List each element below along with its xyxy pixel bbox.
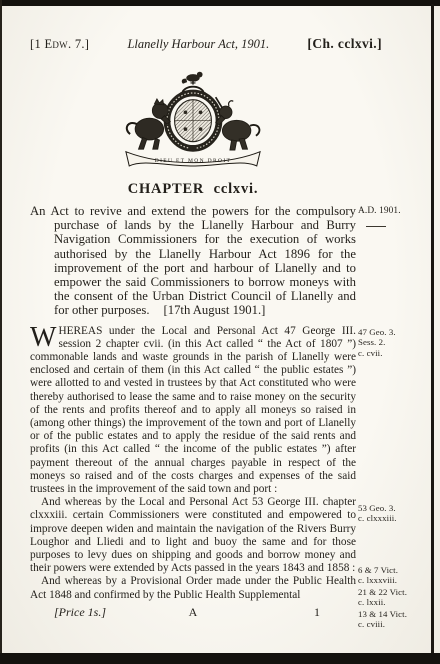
motto-ribbon: DIEU ET MON DROIT: [126, 152, 260, 166]
scan-edge-top: [0, 0, 440, 6]
scanned-act-page: [1 Edw. 7.] Llanelly Harbour Act, 1901. …: [0, 0, 440, 664]
margin-note-21-22-vict: 21 & 22 Vict. c. lxxii.: [358, 587, 432, 608]
enactment-date: [17th August 1901.]: [164, 303, 266, 317]
page-number: 1: [314, 605, 320, 620]
motto-text: DIEU ET MON DROIT: [155, 158, 231, 164]
recital-paragraph-1-text: HEREAS under the Local and Personal Act …: [30, 325, 356, 495]
royal-coat-of-arms-icon: DIEU ET MON DROIT: [107, 67, 279, 171]
crest-lion-icon: [182, 72, 203, 84]
chapter-ref: [Ch. cclxvi.]: [307, 36, 382, 52]
regnal-year: [1 Edw. 7.]: [30, 37, 89, 52]
margin-note-6-7-vict: 6 & 7 Vict. c. lxxxviii.: [358, 565, 432, 586]
drop-cap-initial: W: [30, 325, 58, 349]
recital-paragraph-3: And whereas by a Provisional Order made …: [30, 575, 356, 601]
margin-note-rule: [366, 226, 386, 227]
scan-edge-bottom: [0, 653, 440, 664]
margin-note-53-geo-3: 53 Geo. 3. c. clxxxiii.: [358, 503, 432, 524]
running-title: Llanelly Harbour Act, 1901.: [127, 37, 269, 52]
margin-note-47-geo-3: 47 Geo. 3. Sess. 2. c. cvii.: [358, 327, 432, 358]
long-title: An Act to revive and extend the powers f…: [30, 204, 356, 318]
page-footer: [Price 1s.] A 1: [30, 605, 356, 620]
page-header: [1 Edw. 7.] Llanelly Harbour Act, 1901. …: [30, 36, 382, 52]
recital-paragraph-2: And whereas by the Local and Personal Ac…: [30, 496, 356, 575]
long-title-text: An Act to revive and extend the powers f…: [30, 204, 356, 317]
recital-paragraph-1: WHEREAS under the Local and Personal Act…: [30, 325, 356, 497]
scan-edge-left: [0, 0, 2, 664]
price-note: [Price 1s.]: [54, 605, 106, 620]
signature-mark: A: [189, 605, 198, 620]
page-content: [1 Edw. 7.] Llanelly Harbour Act, 1901. …: [30, 0, 356, 620]
scan-edge-right: [431, 4, 434, 664]
chapter-heading: CHAPTER cclxvi.: [30, 181, 356, 198]
margin-note-13-14-vict: 13 & 14 Vict. c. cviii.: [358, 609, 432, 630]
margin-note-ad-1901: A.D. 1901.: [358, 206, 432, 216]
garter-shield-icon: [167, 93, 219, 150]
